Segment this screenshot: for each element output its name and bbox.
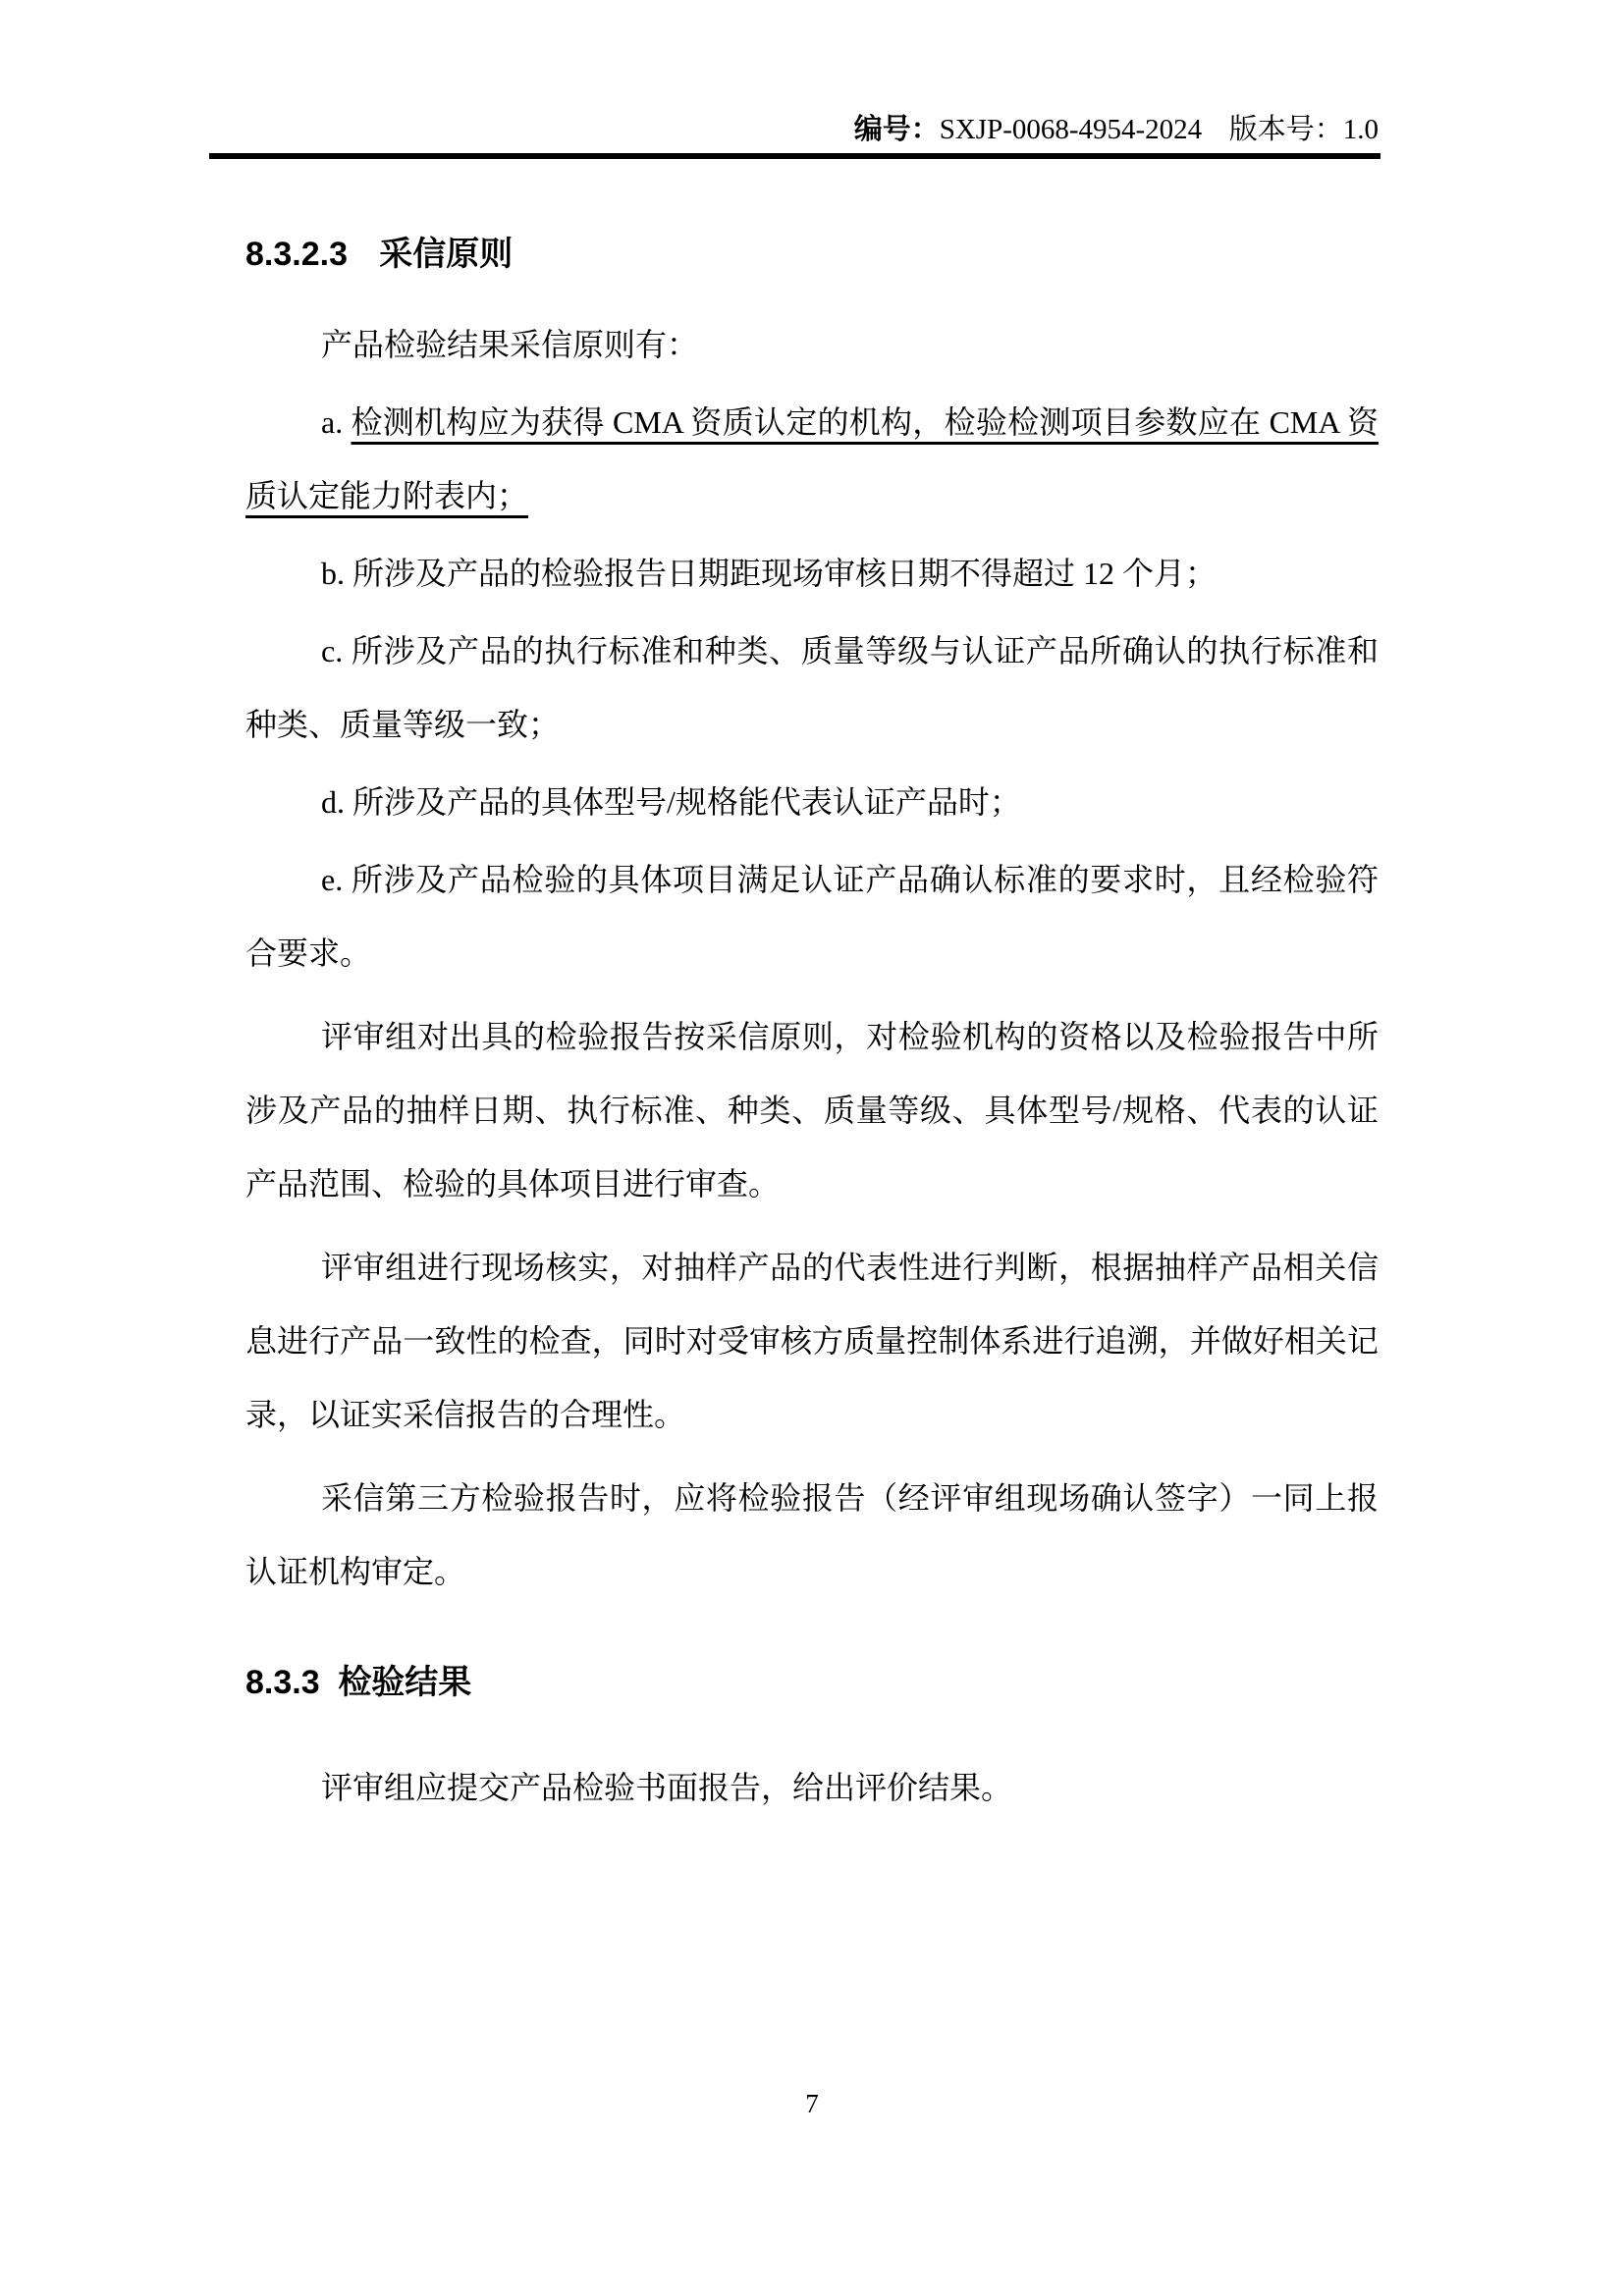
section-number: 8.3.2.3 [245,236,348,273]
list-item-c: c. 所涉及产品的执行标准和种类、质量等级与认证产品所确认的执行标准和种类、质量… [245,614,1379,762]
closing-paragraph: 评审组应提交产品检验书面报告，给出评价结果。 [245,1751,1379,1825]
item-text: 所涉及产品的执行标准和种类、质量等级与认证产品所确认的执行标准和种类、质量等级一… [245,633,1379,742]
body-paragraph-3: 采信第三方检验报告时，应将检验报告（经评审组现场确认签字）一同上报认证机构审定。 [245,1462,1379,1609]
intro-paragraph: 产品检验结果采信原则有： [245,308,1379,382]
document-page: 编号：SXJP-0068-4954-2024版本号：1.0 8.3.2.3采信原… [0,0,1624,2296]
list-item-d: d. 所涉及产品的具体型号/规格能代表认证产品时； [245,766,1379,839]
item-text: 所涉及产品的具体型号/规格能代表认证产品时； [352,784,1021,820]
document-body: 8.3.2.3采信原则 产品检验结果采信原则有： a. 检测机构应为获得 CMA… [245,218,1379,1825]
section-title: 采信原则 [379,236,513,273]
section-title: 检验结果 [338,1664,471,1701]
section-heading-8-3-2-3: 8.3.2.3采信原则 [245,218,1379,292]
version-value: 1.0 [1343,114,1379,145]
page-header: 编号：SXJP-0068-4954-2024版本号：1.0 [245,112,1379,147]
item-text: 检测机构应为获得 CMA 资质认定的机构，检验检测项目参数应在 CMA 资质认定… [245,404,1379,513]
item-prefix: e. [321,862,352,897]
list-item-e: e. 所涉及产品检验的具体项目满足认证产品确认标准的要求时，且经检验符合要求。 [245,843,1379,990]
doc-code-value: SXJP-0068-4954-2024 [940,114,1202,145]
item-prefix: c. [321,633,352,668]
version-label: 版本号： [1229,114,1343,145]
body-paragraph-2: 评审组进行现场核实，对抽样产品的代表性进行判断，根据抽样产品相关信息进行产品一致… [245,1231,1379,1452]
section-heading-8-3-3: 8.3.3检验结果 [245,1646,1379,1720]
list-item-b: b. 所涉及产品的检验报告日期距现场审核日期不得超过 12 个月； [245,537,1379,611]
item-prefix: d. [321,784,352,820]
item-prefix: b. [321,556,352,591]
item-text: 所涉及产品的检验报告日期距现场审核日期不得超过 12 个月； [352,556,1217,591]
doc-code-label: 编号： [854,114,940,145]
item-text: 所涉及产品检验的具体项目满足认证产品确认标准的要求时，且经检验符合要求。 [245,862,1379,971]
section-number: 8.3.3 [245,1664,320,1701]
item-prefix: a. [321,404,351,440]
list-item-a: a. 检测机构应为获得 CMA 资质认定的机构，检验检测项目参数应在 CMA 资… [245,386,1379,533]
header-rule [209,153,1380,159]
body-paragraph-1: 评审组对出具的检验报告按采信原则，对检验机构的资格以及检验报告中所涉及产品的抽样… [245,1000,1379,1221]
page-number: 7 [0,2087,1624,2120]
